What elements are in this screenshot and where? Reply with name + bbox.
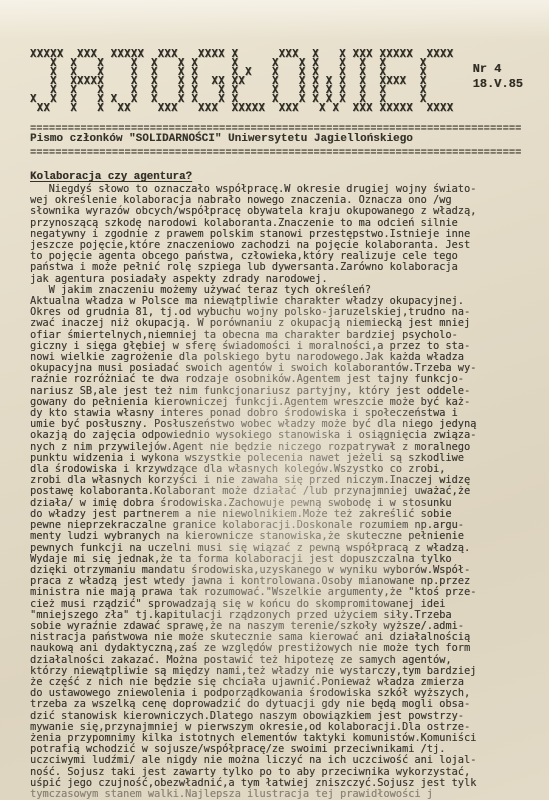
article: Kolaboracja czy agentura? Niegdyś słowo … [30,166,540,800]
article-body-text: Niegdyś słowo to oznaczało współpracę.W … [30,184,540,789]
article-title: Kolaboracja czy agentura? [30,171,192,183]
issue-date: 18.V.85 [473,77,523,92]
masthead: XXXXX XXX XXXXX XXX XXXX X XXX X X XXX X… [30,50,453,113]
scanned-page: XXXXX XXX XXXXX XXX XXXX X XXX X X XXX X… [0,0,549,800]
issue-number: Nr 4 [473,62,523,77]
issue-info: Nr 4 18.V.85 [473,62,523,92]
article-body-last-line-faded: tymczasowym stanem walki.Najlepsza ilust… [30,789,540,800]
divider-line-bottom: ========================================… [30,148,535,159]
masthead-title-art: XXXXX XXX XXXXX XXX XXXX X XXX X X XXX X… [30,50,453,113]
masthead-subtitle: Pismo członków "SOLIDARNOŚCI" Uniwersyte… [30,133,535,145]
